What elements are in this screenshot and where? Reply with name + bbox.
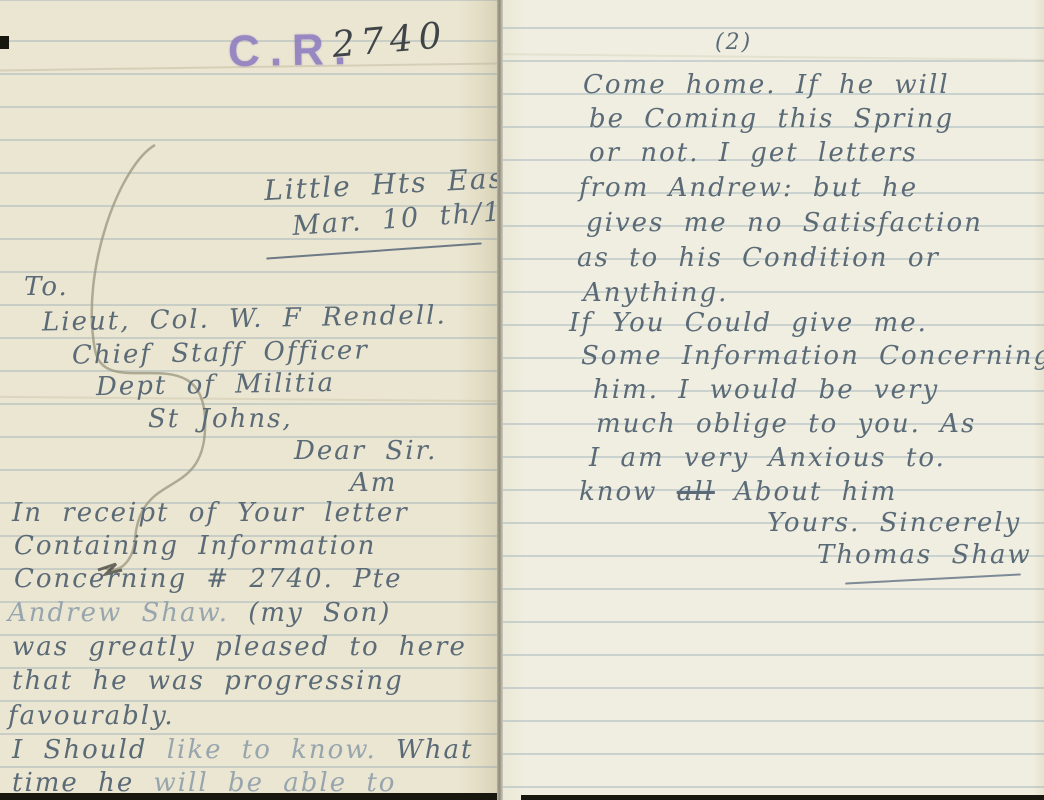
word: About him: [715, 477, 898, 507]
word: know: [579, 477, 677, 507]
handwriting-line: In receipt of Your letter: [12, 500, 409, 526]
handwriting-line: favourably.: [8, 703, 175, 729]
handwriting-line: I Should like to know. What: [12, 737, 473, 763]
word: What: [396, 735, 473, 765]
handwriting-line: Lieut, Col. W. F Rendell.: [42, 302, 447, 335]
handwriting-line: Some Information Concerning: [581, 343, 1044, 369]
handwriting-line: I am very Anxious to.: [589, 445, 946, 471]
word: will be able to: [153, 768, 396, 798]
page-1: C.R. 2740 Little Hts Ease.Mar. 10 th/19T…: [0, 0, 497, 800]
handwriting-line: much oblige to you. As: [596, 411, 976, 437]
handwriting-line: as to his Condition or: [577, 245, 940, 271]
word: time he: [12, 768, 153, 798]
handwriting-line: Am: [350, 470, 397, 496]
handwriting-line: Andrew Shaw. (my Son): [8, 600, 391, 626]
handwriting-line: Concerning # 2740. Pte: [14, 566, 402, 592]
handwriting-line: gives me no Satisfaction: [586, 210, 983, 236]
handwriting-line: (2): [715, 32, 752, 54]
word: Andrew Shaw.: [8, 598, 248, 628]
handwriting-line: If You Could give me.: [569, 310, 928, 336]
handwriting-line: Dear Sir.: [294, 438, 437, 464]
handwriting-line: time he will be able to: [12, 770, 396, 796]
handwriting-line: Thomas Shaw: [817, 542, 1032, 568]
handwriting-line: be Coming this Spring: [589, 106, 954, 132]
handwriting-line: that he was progressing: [12, 668, 404, 694]
handwriting-line: Chief Staff Officer: [72, 337, 369, 368]
handwriting-line: Come home. If he will: [583, 72, 950, 98]
scan-mark: [0, 36, 9, 49]
handwriting-line: Anything.: [583, 280, 728, 306]
handwriting-line: from Andrew: but he: [579, 175, 918, 201]
letter-scan: C.R. 2740 Little Hts Ease.Mar. 10 th/19T…: [0, 0, 1044, 800]
page-2: (2)Come home. If he willbe Coming this S…: [503, 0, 1044, 800]
handwriting-line: know all About him: [579, 479, 897, 505]
handwriting-line: or not. I get letters: [589, 140, 918, 166]
handwriting-line: was greatly pleased to here: [12, 634, 467, 660]
word: I Should: [12, 735, 167, 765]
handwriting-line: Yours. Sincerely: [767, 510, 1021, 536]
handwriting-line: Dept of Militia: [96, 370, 335, 400]
word: (my Son): [248, 598, 391, 628]
handwriting-line: To.: [24, 274, 69, 300]
handwriting-line: Containing Information: [14, 533, 376, 559]
struck-word: all: [677, 477, 715, 507]
scan-edge-bottom: [521, 795, 1044, 800]
handwriting-line: St Johns,: [148, 406, 293, 432]
handwriting-line: him. I would be very: [593, 377, 939, 403]
word: like to know.: [167, 735, 396, 765]
